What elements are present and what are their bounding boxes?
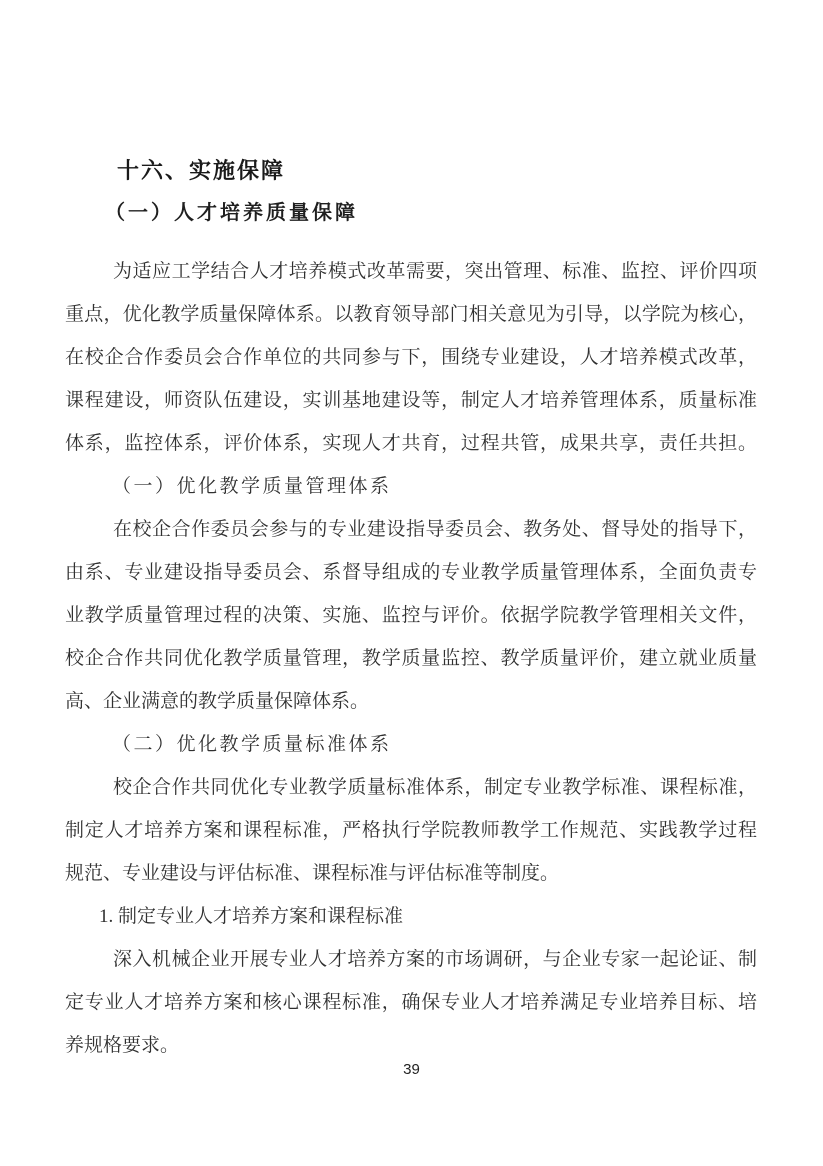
paragraph-line: 重点，优化教学质量保障体系。以教育领导部门相关意见为引导，以学院为核心， — [65, 293, 757, 336]
document-content: 十六、实施保障 （一）人才培养质量保障 为适应工学结合人才培养模式改革需要，突出… — [65, 149, 757, 1067]
section-heading: （一）人才培养质量保障 — [65, 192, 757, 235]
intro-paragraph: 为适应工学结合人才培养模式改革需要，突出管理、标准、监控、评价四项 重点，优化教… — [65, 250, 757, 465]
chapter-heading: 十六、实施保障 — [65, 149, 757, 192]
paragraph-line: 校企合作共同优化教学质量管理，教学质量监控、教学质量评价，建立就业质量 — [65, 637, 757, 680]
page-footer: 39 — [0, 1061, 823, 1079]
paragraph-line: 课程建设，师资队伍建设，实训基地建设等，制定人才培养管理体系，质量标准 — [65, 379, 757, 422]
paragraph-line: 体系，监控体系，评价体系，实现人才共育，过程共管，成果共享，责任共担。 — [65, 422, 757, 465]
paragraph-line: 在校企合作委员会参与的专业建设指导委员会、教务处、督导处的指导下， — [65, 508, 757, 551]
document-page: 十六、实施保障 （一）人才培养质量保障 为适应工学结合人才培养模式改革需要，突出… — [0, 0, 823, 1166]
paragraph-line: 业教学质量管理过程的决策、实施、监控与评价。依据学院教学管理相关文件， — [65, 594, 757, 637]
paragraph-line: 深入机械企业开展专业人才培养方案的市场调研，与企业专家一起论证、制 — [65, 938, 757, 981]
paragraph-line: 规范、专业建设与评估标准、课程标准与评估标准等制度。 — [65, 852, 757, 895]
page-number: 39 — [403, 1061, 420, 1078]
item-1-heading: 1. 制定专业人才培养方案和课程标准 — [65, 895, 757, 938]
item-1-paragraph: 深入机械企业开展专业人才培养方案的市场调研，与企业专家一起论证、制 定专业人才培… — [65, 938, 757, 1067]
paragraph-line: 定专业人才培养方案和核心课程标准，确保专业人才培养满足专业培养目标、培 — [65, 981, 757, 1024]
subsection-1-heading: （一）优化教学质量管理体系 — [65, 465, 757, 508]
paragraph-line: 在校企合作委员会合作单位的共同参与下，围绕专业建设，人才培养模式改革， — [65, 336, 757, 379]
subsection-2-paragraph: 校企合作共同优化专业教学质量标准体系，制定专业教学标准、课程标准， 制定人才培养… — [65, 766, 757, 895]
paragraph-line: 制定人才培养方案和课程标准，严格执行学院教师教学工作规范、实践教学过程 — [65, 809, 757, 852]
paragraph-line: 校企合作共同优化专业教学质量标准体系，制定专业教学标准、课程标准， — [65, 766, 757, 809]
paragraph-line: 由系、专业建设指导委员会、系督导组成的专业教学质量管理体系，全面负责专 — [65, 551, 757, 594]
paragraph-line: 为适应工学结合人才培养模式改革需要，突出管理、标准、监控、评价四项 — [65, 250, 757, 293]
subsection-1-paragraph: 在校企合作委员会参与的专业建设指导委员会、教务处、督导处的指导下， 由系、专业建… — [65, 508, 757, 723]
subsection-2-heading: （二）优化教学质量标准体系 — [65, 723, 757, 766]
paragraph-line: 高、企业满意的教学质量保障体系。 — [65, 680, 757, 723]
